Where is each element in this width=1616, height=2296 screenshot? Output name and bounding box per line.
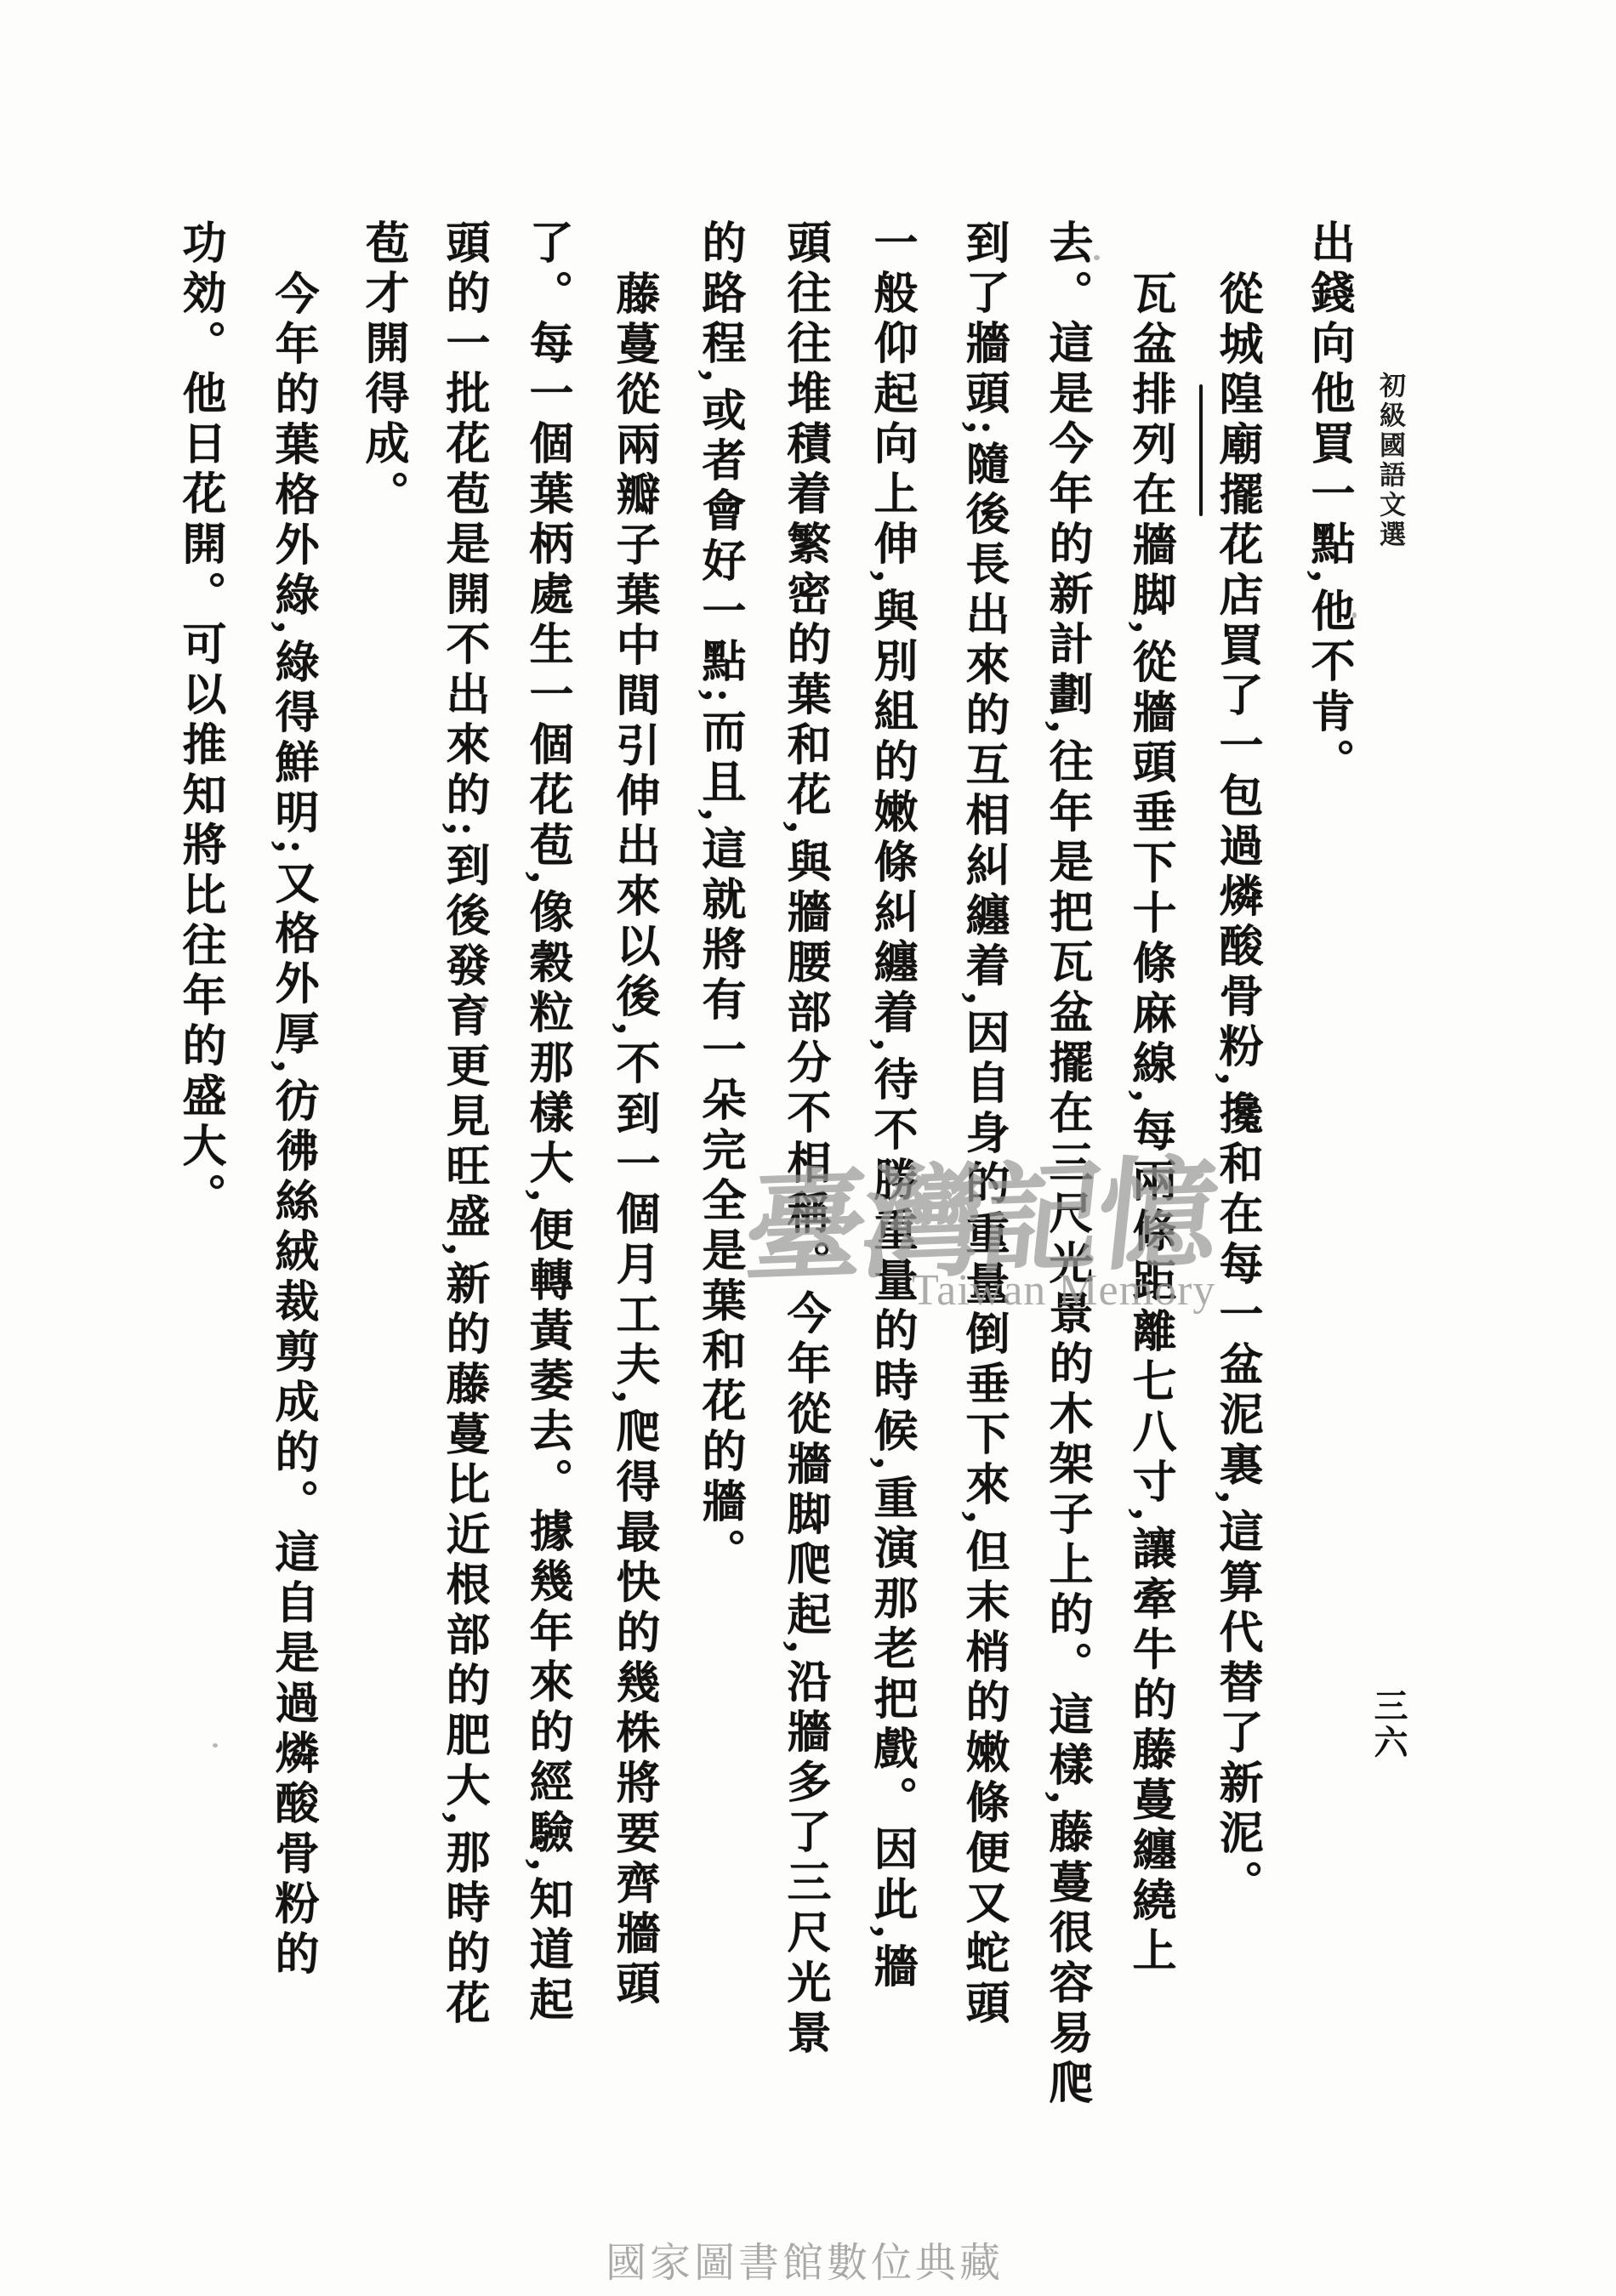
text-column-14: 功効。他日花開。可以推知將比往年的盛大。 [168, 219, 231, 1223]
scanned-book-page: 初級國語文選 三六 出錢向他買一點,他不肯。 從城隍廟擺花店買了一包過燐酸骨粉,… [0, 0, 1616, 2296]
scan-speck [1352, 612, 1357, 618]
text-column-4: 去。這是今年的新計劃,往年是把瓦盆擺在三尺光景的木架子上的。這樣,藤蔓很容易爬 [1034, 219, 1098, 2110]
text-column-10: 了。每一個葉柄處生一個花苞,像穀粒那樣大,便轉黃萎去。據幾年來的經驗,知道起 [515, 219, 578, 2026]
text-column-2: 從城隍廟擺花店買了一包過燐酸骨粉,攙和在每一盆泥裏,這算代替了新泥。 [1204, 270, 1268, 1910]
ink-line-artifact [1199, 384, 1203, 516]
text-column-13: 今年的葉格外綠,綠得鮮明;又格外厚,彷彿絲絨裁剪成的。這自是過燐酸骨粉的 [260, 270, 324, 1981]
text-column-7: 頭往往堆積着繁密的葉和花,與牆腰部分不相稱。今年從牆脚爬起,沿牆多了三尺光景 [772, 219, 836, 2060]
page-number: 三六 [1364, 1688, 1413, 1761]
digital-archive-caption: 國家圖書館數位典藏 [606, 2230, 1004, 2288]
running-title: 初級國語文選 [1371, 372, 1409, 550]
text-column-12: 苞才開得成。 [350, 219, 414, 520]
scan-speck [481, 1003, 487, 1009]
text-column-9: 藤蔓從兩瓣子葉中間引伸出來以後,不到一個月工夫,爬得最快的幾株將要齊牆頭 [601, 270, 665, 2010]
text-column-1: 出錢向他買一點,他不肯。 [1296, 219, 1360, 788]
text-column-8: 的路程,或者會好一點;而且,這就將有一朵完全是葉和花的牆。 [687, 219, 751, 1578]
scan-speck [1094, 255, 1100, 260]
text-column-6: 一般仰起向上伸,與別組的嫩條糾纏着,待不勝重量的時候,重演那老把戲。因此,牆 [859, 219, 923, 1993]
text-column-3: 瓦盆排列在牆脚,從牆頭垂下十條麻線,每兩條距離七八寸,讓牽牛的藤蔓纏繞上 [1118, 270, 1181, 1977]
text-column-5: 到了牆頭;隨後長出來的互相糾纏着,因自身的重量倒垂下來,但末梢的嫩條便又蛇頭 [951, 219, 1015, 2030]
text-column-11: 頭的一批花苞是開不出來的;到後發育更見旺盛,新的藤蔓比近根部的肥大,那時的花 [431, 219, 495, 2030]
scan-speck [213, 1743, 218, 1748]
